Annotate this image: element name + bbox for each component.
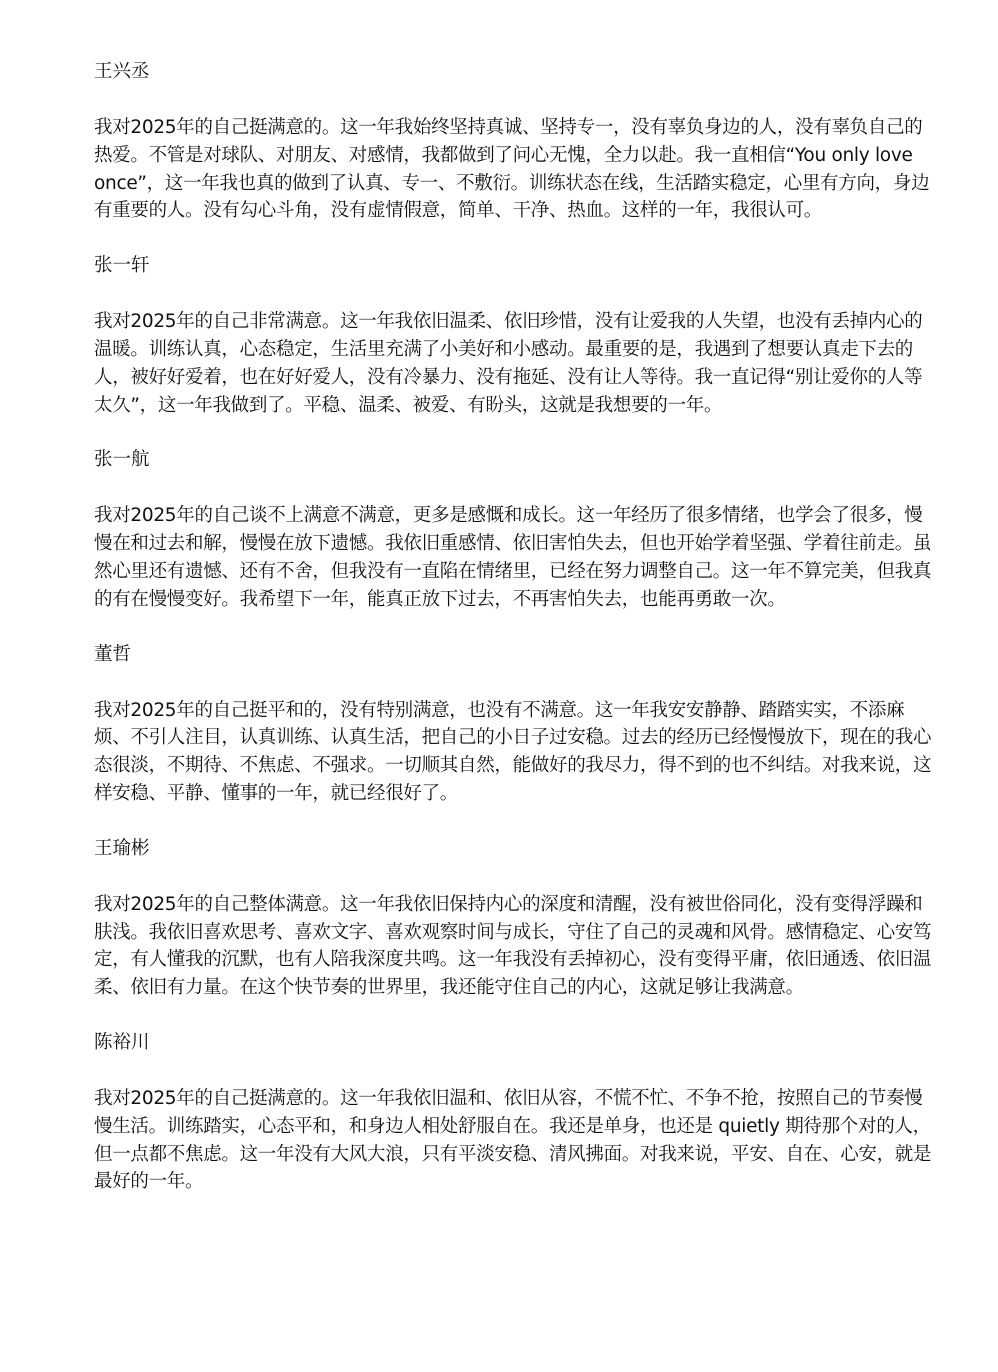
entry-text: 我对2025年的自己挺平和的，没有特别满意，也没有不满意。这一年我安安静静、踏踏… [94, 697, 934, 808]
entry-text: 我对2025年的自己挺满意的。这一年我始终坚持真诚、坚持专一，没有辜负身边的人，… [94, 114, 934, 225]
entry-wang-yubin: 王瑜彬 我对2025年的自己整体满意。这一年我依旧保持内心的深度和清醒，没有被世… [94, 835, 934, 1002]
entry-wang-xingcheng: 王兴丞 我对2025年的自己挺满意的。这一年我始终坚持真诚、坚持专一，没有辜负身… [94, 58, 934, 225]
entry-name: 王瑜彬 [94, 835, 934, 863]
document-body: 王兴丞 我对2025年的自己挺满意的。这一年我始终坚持真诚、坚持专一，没有辜负身… [94, 58, 934, 1223]
entry-zhang-yihang: 张一航 我对2025年的自己谈不上满意不满意，更多是感慨和成长。这一年经历了很多… [94, 446, 934, 613]
entry-name: 陈裕川 [94, 1029, 934, 1057]
entry-text: 我对2025年的自己谈不上满意不满意，更多是感慨和成长。这一年经历了很多情绪，也… [94, 502, 934, 613]
entry-text: 我对2025年的自己挺满意的。这一年我依旧温和、依旧从容，不慌不忙、不争不抢，按… [94, 1085, 934, 1196]
entry-name: 王兴丞 [94, 58, 934, 86]
entry-name: 张一航 [94, 446, 934, 474]
entry-dong-zhe: 董哲 我对2025年的自己挺平和的，没有特别满意，也没有不满意。这一年我安安静静… [94, 641, 934, 808]
entry-text: 我对2025年的自己整体满意。这一年我依旧保持内心的深度和清醒，没有被世俗同化，… [94, 891, 934, 1002]
entry-chen-yuchuan: 陈裕川 我对2025年的自己挺满意的。这一年我依旧温和、依旧从容，不慌不忙、不争… [94, 1029, 934, 1196]
entry-zhang-yixuan: 张一轩 我对2025年的自己非常满意。这一年我依旧温柔、依旧珍惜，没有让爱我的人… [94, 252, 934, 419]
entry-name: 董哲 [94, 641, 934, 669]
entry-text: 我对2025年的自己非常满意。这一年我依旧温柔、依旧珍惜，没有让爱我的人失望，也… [94, 308, 934, 419]
entry-name: 张一轩 [94, 252, 934, 280]
